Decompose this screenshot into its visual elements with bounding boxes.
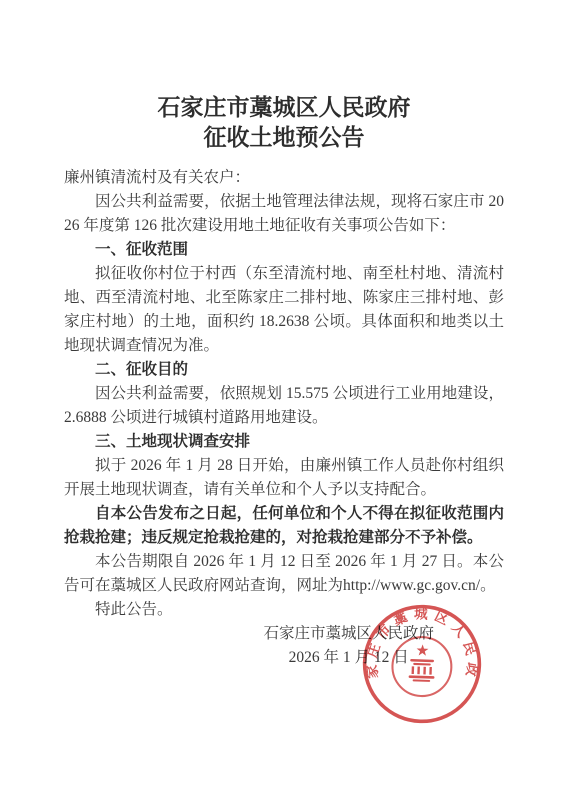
title-line-1: 石家庄市藁城区人民政府 xyxy=(64,92,504,122)
intro-paragraph: 因公共利益需要，依据土地管理法律法规，现将石家庄市 2026 年度第 126 批… xyxy=(64,190,504,238)
signature-block: 石家庄市藁城区人民政府 2026 年 1 月 12 日 xyxy=(263,622,434,670)
closing-line: 特此公告。 xyxy=(64,598,504,622)
page-title: 石家庄市藁城区人民政府 征收土地预公告 xyxy=(64,92,504,152)
validity-suffix: 。 xyxy=(480,577,496,594)
section-1-body: 拟征收你村位于村西（东至清流村地、南至杜村地、清流村地、西至清流村地、北至陈家庄… xyxy=(64,262,504,358)
website-url: http://www.gc.gov.cn/ xyxy=(343,577,480,594)
section-3-body: 拟于 2026 年 1 月 28 日开始，由廉州镇工作人员赴你村组织开展土地现状… xyxy=(64,454,504,502)
validity-paragraph: 本公告期限自 2026 年 1 月 12 日至 2026 年 1 月 27 日。… xyxy=(64,550,504,598)
notice-content: 石家庄市藁城区人民政府 征收土地预公告 廉州镇清流村及有关农户： 因公共利益需要… xyxy=(0,0,566,800)
salutation: 廉州镇清流村及有关农户： xyxy=(64,166,504,190)
section-1-heading: 一、征收范围 xyxy=(64,238,504,262)
title-line-2: 征收土地预公告 xyxy=(64,122,504,152)
signature-date: 2026 年 1 月 12 日 xyxy=(263,646,434,670)
notice-page: 石家庄市藁城区人民政府 征收土地预公告 廉州镇清流村及有关农户： 因公共利益需要… xyxy=(0,0,566,800)
website-url-group: http://www.gc.gov.cn/。 xyxy=(343,574,496,598)
section-2-heading: 二、征收目的 xyxy=(64,358,504,382)
warning-paragraph: 自本公告发布之日起，任何单位和个人不得在拟征收范围内抢栽抢建；违反规定抢栽抢建的… xyxy=(64,502,504,550)
section-2-body: 因公共利益需要，依照规划 15.575 公顷进行工业用地建设，2.6888 公顷… xyxy=(64,382,504,430)
section-3-heading: 三、土地现状调查安排 xyxy=(64,430,504,454)
signature-authority: 石家庄市藁城区人民政府 xyxy=(263,622,434,646)
